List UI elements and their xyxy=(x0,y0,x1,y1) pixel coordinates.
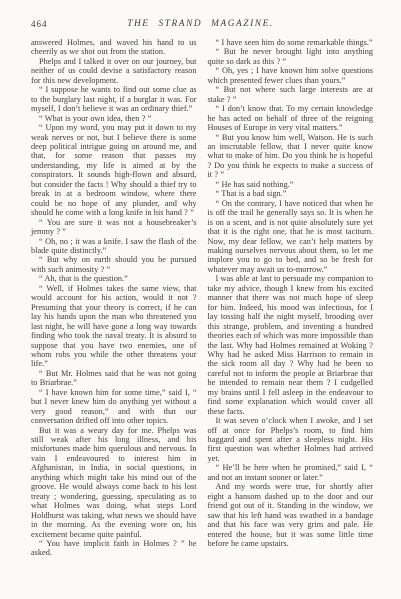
paragraph: “ I have known him for some time,” said … xyxy=(31,388,197,426)
paragraph: “ Upon my word, you may put it down to m… xyxy=(31,123,197,218)
paragraph: “ That is a bad sign.” xyxy=(208,189,374,198)
paragraph: “ But Mr. Holmes said that he was not go… xyxy=(31,369,197,388)
right-column: “ I have seen him do some remarkable thi… xyxy=(208,38,374,558)
magazine-page: 464 THE STRAND MAGAZINE. answered Holmes… xyxy=(0,0,401,599)
page-header: 464 THE STRAND MAGAZINE. xyxy=(0,0,401,32)
left-column: answered Holmes, and waved his hand to u… xyxy=(31,38,197,558)
paragraph: “ Oh, yes ; I have known him solve quest… xyxy=(208,66,374,85)
paragraph: “ You have implicit faith in Holmes ? ” … xyxy=(31,539,197,558)
paragraph: “ But you know him well, Watson. He is s… xyxy=(208,133,374,180)
paragraph: “ I have seen him do some remarkable thi… xyxy=(208,38,374,47)
paragraph: I was able at last to persuade my compan… xyxy=(208,274,374,416)
paragraph: “ Well, if Holmes takes the same view, t… xyxy=(31,284,197,369)
paragraph: “ I don’t know that. To my certain knowl… xyxy=(208,104,374,132)
paragraph: “ On the contrary, I have noticed that w… xyxy=(208,199,374,275)
paragraph: “ You are sure it was not a housebreaker… xyxy=(31,218,197,237)
paragraph: “ But not where such large interests are… xyxy=(208,85,374,104)
paragraph: “ I suppose he wants to find out some cl… xyxy=(31,85,197,113)
paragraph: “ What is your own idea, then ? ” xyxy=(31,114,197,123)
paragraph: But it was a weary day for me. Phelps wa… xyxy=(31,426,197,539)
paragraph: And my words were true, for shortly afte… xyxy=(208,482,374,548)
magazine-title: THE STRAND MAGAZINE. xyxy=(0,19,401,29)
paragraph: “ He has said nothing.” xyxy=(208,180,374,189)
paragraph: answered Holmes, and waved his hand to u… xyxy=(31,38,197,57)
paragraph: “ Ah, that is the question.” xyxy=(31,274,197,283)
paragraph: “ But why on earth should you be pursued… xyxy=(31,255,197,274)
paragraph: “ Oh, no ; it was a knife. I saw the fla… xyxy=(31,237,197,256)
paragraph: Phelps and I talked it over on our journ… xyxy=(31,57,197,85)
paragraph: It was seven o’clock when I awoke, and I… xyxy=(208,416,374,463)
paragraph: “ But he never brought light into anythi… xyxy=(208,47,374,66)
paragraph: “ He’ll be here when he promised,” said … xyxy=(208,463,374,482)
text-columns: answered Holmes, and waved his hand to u… xyxy=(0,32,401,558)
